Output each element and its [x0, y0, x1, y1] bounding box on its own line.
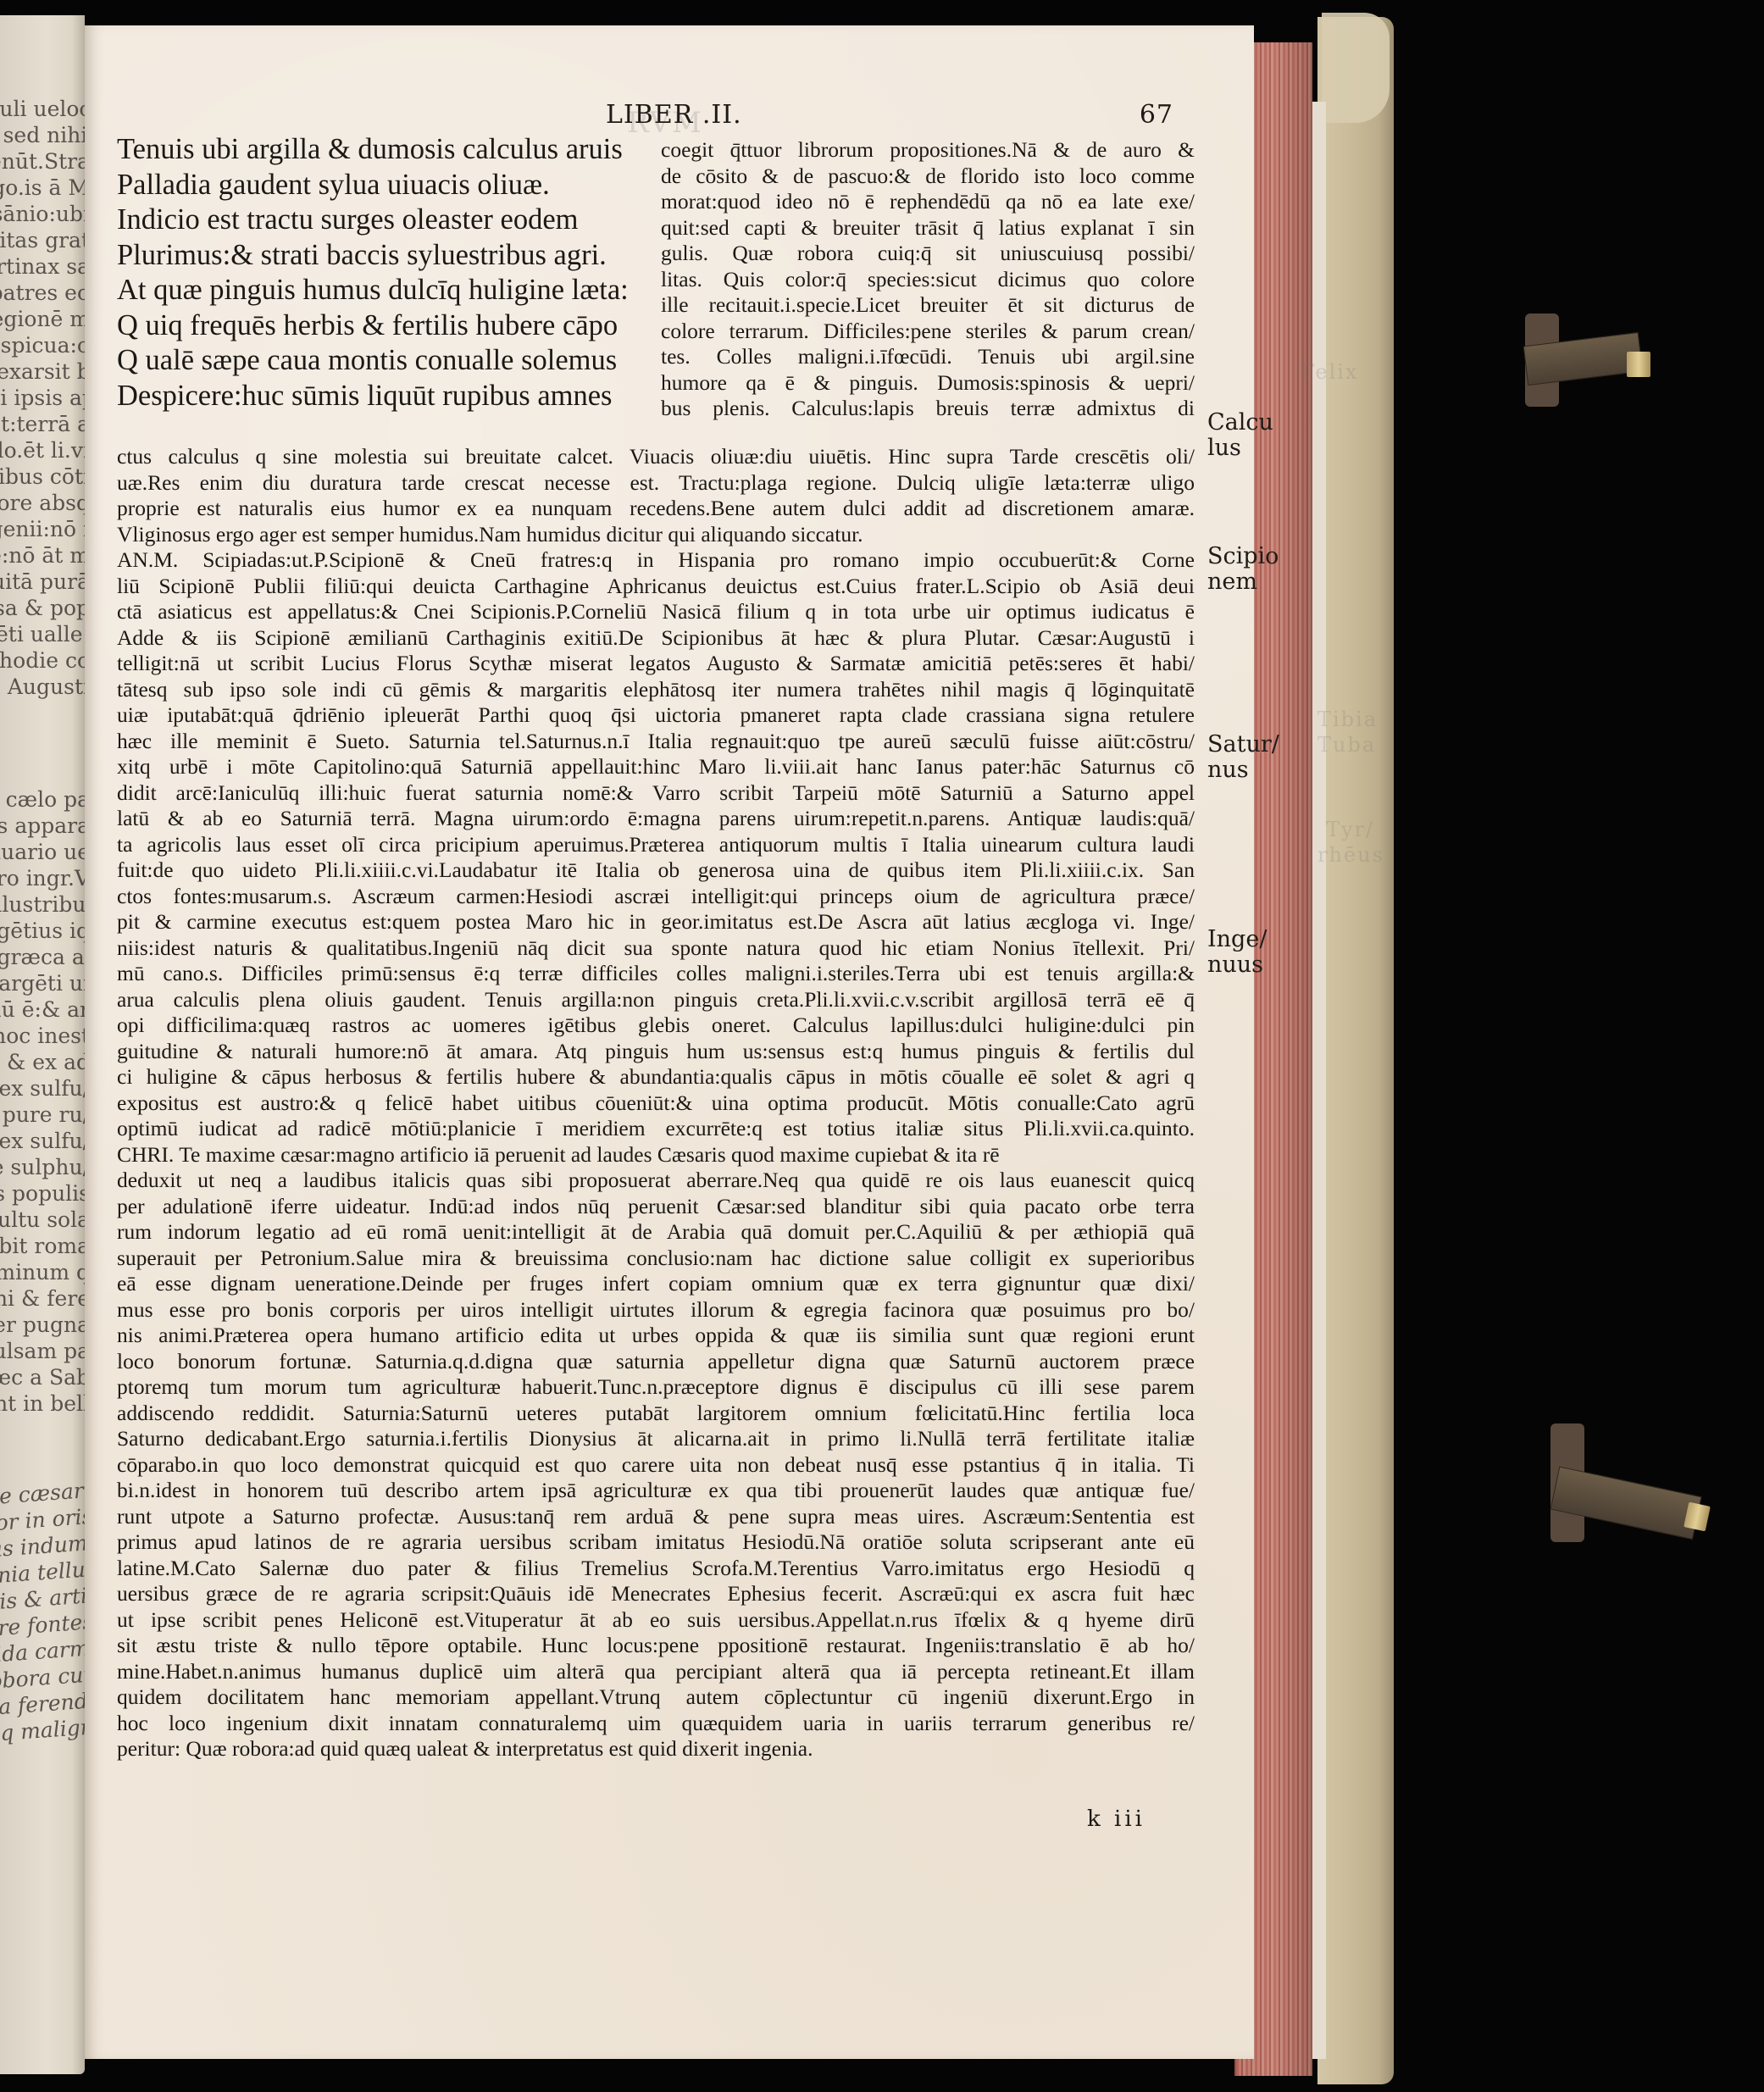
verse-line: Q uiq frequēs herbis & fertilis hubere c… — [117, 308, 642, 344]
previous-page-upper-text: ti italiæ populi uelocisus illæsā eē sed… — [0, 96, 85, 700]
previous-page-line: lo li.Liguria i ipsis ap — [0, 385, 85, 411]
previous-page-line: uenena cōtenūt.Stra — [0, 148, 85, 175]
commentary-line: hæc ille meminit ē Sueto. Saturnia tel.S… — [117, 729, 1195, 755]
commentary-line: arua calculis plena oliuis gaudent. Tenu… — [117, 987, 1195, 1013]
commentary-line: CHRI. Te maxime cæsar:magno artificio iā… — [117, 1142, 1195, 1168]
previous-page-line: eū nō pure ru/ — [0, 1101, 85, 1128]
verse-line: Indicio est tractu surges oleaster eodem — [117, 203, 642, 238]
previous-page-line: fortiter pugna — [0, 1312, 85, 1338]
previous-page-line: niticam hæc a Sab — [0, 1364, 85, 1390]
previous-page-lower-text: tus tacta de cælo palocumentis apparaIuu… — [0, 786, 85, 1417]
commentary-line: humore qa ē & pinguis. Dumosis:spinosis … — [661, 370, 1195, 397]
marginal-note-line: lus — [1207, 436, 1273, 461]
commentary-line: hoc loco ingenium dixit innatam connatur… — [117, 1711, 1195, 1737]
previous-page-line: ia hominum q — [0, 1259, 85, 1285]
previous-page-line: & Diodo.uitā purā — [0, 569, 85, 595]
commentary-line: mū cano.s. Difficiles primū:sensus ē:q t… — [117, 961, 1195, 987]
folio-number: 67 — [1140, 100, 1173, 130]
previous-page-line: Probus uero ingr.V — [0, 865, 85, 891]
show-through-text: Tibia — [1317, 708, 1378, 731]
previous-page-line: ent utebant in bell — [0, 1390, 85, 1417]
commentary-line: deduxit ut neq a laudibus italicis quas … — [117, 1168, 1195, 1194]
commentary-line: guitudine & naturali humore:nō āt amara.… — [117, 1039, 1195, 1065]
show-through-text: rhēus — [1317, 843, 1384, 867]
previous-page-line: aemisq diligētius iq — [0, 918, 85, 944]
signature-mark: k iii — [1087, 1806, 1145, 1832]
commentary-body: ctus calculus q sine molestia sui breuit… — [117, 444, 1195, 1762]
previous-page-line: Argētū ēt a græca ap — [0, 944, 85, 970]
previous-page-line: locumentis appara — [0, 813, 85, 839]
commentary-line: rum indorum legatio ad eū romā uenit:int… — [117, 1219, 1195, 1246]
binding-corner — [1322, 13, 1390, 123]
commentary-line: bi.n.idest in honorem tuū describo artem… — [117, 1478, 1195, 1504]
previous-page-line: & Papirios patres eo — [0, 280, 85, 306]
commentary-line: uiæ iputabāt:quā q̄driēnio ipleuerāt Par… — [117, 702, 1195, 729]
brass-clasp-tip — [1627, 352, 1650, 377]
previous-page-line: tus tacta de cælo pa — [0, 786, 85, 813]
commentary-line: ctos fontes:musarum.s. Ascræum carmen:He… — [117, 884, 1195, 910]
commentary-line: liū Scipionē Publii filiū:qui deuicta Ca… — [117, 574, 1195, 600]
commentary-line: sit æstu triste & nullo tēpore optabile.… — [117, 1633, 1195, 1659]
previous-page-edge: ti italiæ populi uelocisus illæsā eē sed… — [0, 15, 85, 2074]
previous-page-line: liditate sulphu/ — [0, 1154, 85, 1180]
commentary-line: xitq urbē i mōte Capitolino:quā Saturniā… — [117, 754, 1195, 780]
previous-page-line: de Marsicū exarsit be — [0, 358, 85, 385]
commentary-line: pit & carmine executus est:quem postea M… — [117, 909, 1195, 935]
commentary-line: superauit per Petronium.Salue mira & bre… — [117, 1246, 1195, 1272]
commentary-line: quit:sed capti & breuiter trāsit q̄ lati… — [661, 215, 1195, 241]
commentary-line: ctus calculus q sine molestia sui breuit… — [117, 444, 1195, 470]
marginal-note-line: Inge/ — [1207, 927, 1267, 952]
commentary-line: runt utpote a Saturno profectæ. Ausus:ta… — [117, 1504, 1195, 1530]
commentary-line: ta agricolis laus esset olī circa pricip… — [117, 832, 1195, 858]
previous-page-line: s agitata pertinax sa — [0, 253, 85, 280]
previous-page-line: titudine cōspicua:o — [0, 332, 85, 358]
previous-page-line: ro aqueoq argēti ui — [0, 970, 85, 996]
previous-page-line: priſco more absq — [0, 490, 85, 516]
commentary-line: uæ.Res enim diu duratura tarde crescat n… — [117, 470, 1195, 497]
commentary-line: peritur: Quæ robora:ad quid quæq ualeat … — [117, 1736, 1195, 1762]
commentary-line: telligit:nā ut scribit Lucius Florus Scy… — [117, 651, 1195, 677]
commentary-line: morat:quod ideo nō ē rephendēdū qa nō ea… — [661, 189, 1195, 215]
marginal-note: Calculus — [1207, 410, 1273, 461]
commentary-line: addiscendo reddidit. Saturnia:Saturnū ue… — [117, 1401, 1195, 1427]
show-through-text: Felix — [1301, 360, 1358, 384]
marginal-note-line: Scipio — [1207, 544, 1279, 569]
commentary-line: gulis. Quæ robora cuiq:q̄ sit uniuscuius… — [661, 241, 1195, 267]
previous-page-line: t creat ex sulfu/ — [0, 1128, 85, 1154]
previous-page-line: merosis populis — [0, 1180, 85, 1207]
previous-page-line: æ.i.frequēti ualle: — [0, 621, 85, 647]
commentary-line: coegit q̄ttuor librorum propositiones.Nā… — [661, 137, 1195, 164]
previous-page-line: o.Fuit inde Augusti — [0, 674, 85, 700]
commentary-column: coegit q̄ttuor librorum propositiones.Nā… — [661, 137, 1195, 422]
previous-page-line: iiii.scribit roma — [0, 1233, 85, 1259]
previous-page-line: ati uitā agūt:terrā a — [0, 411, 85, 437]
commentary-line: latine.M.Cato Salernæ duo pater & filius… — [117, 1556, 1195, 1582]
commentary-line: de cōsito & de pascuo:& de florido isto … — [661, 164, 1195, 190]
commentary-line: mus esse pro bonis corporis per uiros in… — [117, 1297, 1195, 1323]
commentary-line: didit arcē:Ianiculūq illi:huic fuerat sa… — [117, 780, 1195, 807]
previous-page-line: ubili:& hoc inest — [0, 1023, 85, 1049]
commentary-line: uersibus græce de re agraria scripsit:Qu… — [117, 1581, 1195, 1607]
previous-page-line: Iuuī:ab Ianuario ue — [0, 839, 85, 865]
commentary-line: eā esse dignam ueneratione.Deinde per fr… — [117, 1271, 1195, 1297]
commentary-line: bus plenis. Calculus:lapis breuis terræ … — [661, 396, 1195, 422]
commentary-line: Saturno dedicabant.Ergo saturnia.i.ferti… — [117, 1426, 1195, 1452]
marginal-note-line: nus — [1207, 757, 1279, 783]
marginal-note-line: nem — [1207, 569, 1279, 595]
verse-text-block: Tenuis ubi argilla & dumosis calculus ar… — [117, 132, 642, 413]
commentary-line: loco bonorum fortunæ. Saturnia.q.d.digna… — [117, 1349, 1195, 1375]
marginal-note: Inge/nuus — [1207, 927, 1267, 978]
commentary-line: niis:idest naturis & qualitatibus.Ingeni… — [117, 935, 1195, 962]
show-through-text: Tuba — [1317, 733, 1376, 757]
show-through-text: Tyr/ — [1326, 818, 1374, 841]
commentary-line: nis animi.Præterea opera humano artifici… — [117, 1323, 1195, 1349]
previous-page-line: dicit ex sulfu/ — [0, 1075, 85, 1101]
commentary-line: Adde & iis Scipionē æmilianū Carthaginis… — [117, 625, 1195, 652]
commentary-line: tes. Colles maligni.i.īfœcūdi. Tenuis ub… — [661, 344, 1195, 370]
commentary-line: mine.Habet.n.animus humanus duplicē uim … — [117, 1659, 1195, 1685]
previous-page-bottom-text: maxime cæsar:am uictor in oriss arcibus … — [0, 1477, 85, 1754]
previous-page-line: lbedine & ex ad — [0, 1049, 85, 1075]
commentary-line: ille recitauit.i.specie.Licet breuiter ē… — [661, 292, 1195, 319]
previous-page-line: r a colle sānio:ubi — [0, 201, 85, 227]
verse-line: Plurimus:& strati baccis syluestribus ag… — [117, 238, 642, 274]
commentary-line: latū & ab eo Saturniā terrā. Magna uirum… — [117, 806, 1195, 832]
commentary-line: ci huligine & cāpus herbosus & fertilis … — [117, 1064, 1195, 1090]
brass-clasp-tip — [1684, 1502, 1711, 1532]
marginal-note-line: Satur/ — [1207, 732, 1279, 757]
commentary-line: tātesq sub ipso sole indi cū gēmis & mar… — [117, 677, 1195, 703]
previous-page-line: us illæsā eē sed nihil m — [0, 122, 85, 148]
commentary-line: per adulationē iferre uideatur. Indū:ad … — [117, 1194, 1195, 1220]
previous-page-line: colles q maligni. — [0, 1712, 85, 1754]
previous-page-line: elebrat ēt hodie co — [0, 647, 85, 674]
previous-page-line: alo ligurē:nō āt m — [0, 542, 85, 569]
previous-page-line: entes repulsam pa — [0, 1338, 85, 1364]
commentary-line: optimū iudicat ad radicē mōtiū:planicie … — [117, 1116, 1195, 1142]
commentary-line: cōparabo.in quo loco demonstrat quicquid… — [117, 1452, 1195, 1479]
commentary-line: ctā asiaticus est appellatus:& Cnei Scip… — [117, 599, 1195, 625]
marginal-note-line: nuus — [1207, 952, 1267, 978]
previous-page-line: ti italiæ populi uelocis — [0, 96, 85, 122]
book-title: LIBER .II. — [606, 100, 742, 130]
previous-page-line: Venationibus cōti — [0, 463, 85, 490]
verse-line: Despicere:huc sūmis liquūt rupibus amnes — [117, 379, 642, 414]
commentary-line: primus apud latinos de re agraria uersib… — [117, 1529, 1195, 1556]
previous-page-line: & acuti igenii:nō i — [0, 516, 85, 542]
commentary-line: proprie est naturalis eius humor ex ea n… — [117, 496, 1195, 522]
verse-line: Q ualē sæpe caua montis conualle solemus — [117, 343, 642, 379]
marginal-note: Scipionem — [1207, 544, 1279, 595]
previous-page-line: arthcini & fere — [0, 1285, 85, 1312]
previous-page-line: e magna ipsa & pop — [0, 595, 85, 621]
commentary-line: quidem docilitatem hanc memoriam appella… — [117, 1684, 1195, 1711]
previous-page-line: us de uiris illustribus — [0, 891, 85, 918]
previous-page-line: li.v.Diodo.ēt li.vi — [0, 437, 85, 463]
previous-page-line: o tumultu sola — [0, 1207, 85, 1233]
marginal-note: Satur/nus — [1207, 732, 1279, 783]
previous-page-line: t Stra.li.v.regionē m — [0, 306, 85, 332]
commentary-line: colore terrarum. Difficiles:pene sterile… — [661, 319, 1195, 345]
previous-page-line: ne par pelago.is ā M — [0, 175, 85, 201]
commentary-line: litas. Quis color:q̄ species:sicut dicim… — [661, 267, 1195, 293]
verse-line: Tenuis ubi argilla & dumosis calculus ar… — [117, 132, 642, 168]
previous-page-line: Sīplex liqdū ē:& ar — [0, 996, 85, 1023]
previous-page-line: ellos & Sānitas grat — [0, 227, 85, 253]
commentary-line: opi difficilima:quæq rastros ac uomeres … — [117, 1013, 1195, 1039]
vellum-binding — [1317, 17, 1394, 2084]
commentary-line: fuit:de quo uideto Pli.li.xiiii.c.vi.Lau… — [117, 857, 1195, 884]
verse-line: At quæ pinguis humus dulcīq huligine læt… — [117, 273, 642, 308]
commentary-line: ut ipse scribit penes Heliconē est.Vitup… — [117, 1607, 1195, 1634]
commentary-line: AN.M. Scipiadas:ut.P.Scipionē & Cneū fra… — [117, 547, 1195, 574]
marginal-note-line: Calcu — [1207, 410, 1273, 436]
commentary-line: ptoremq tum morum tum agriculturæ habuer… — [117, 1374, 1195, 1401]
commentary-line: expositus est austro:& q felicē habet ui… — [117, 1090, 1195, 1117]
verse-line: Palladia gaudent sylua uiuacis oliuæ. — [117, 168, 642, 203]
commentary-line: Vliginosus ergo ager est semper humidus.… — [117, 522, 1195, 548]
